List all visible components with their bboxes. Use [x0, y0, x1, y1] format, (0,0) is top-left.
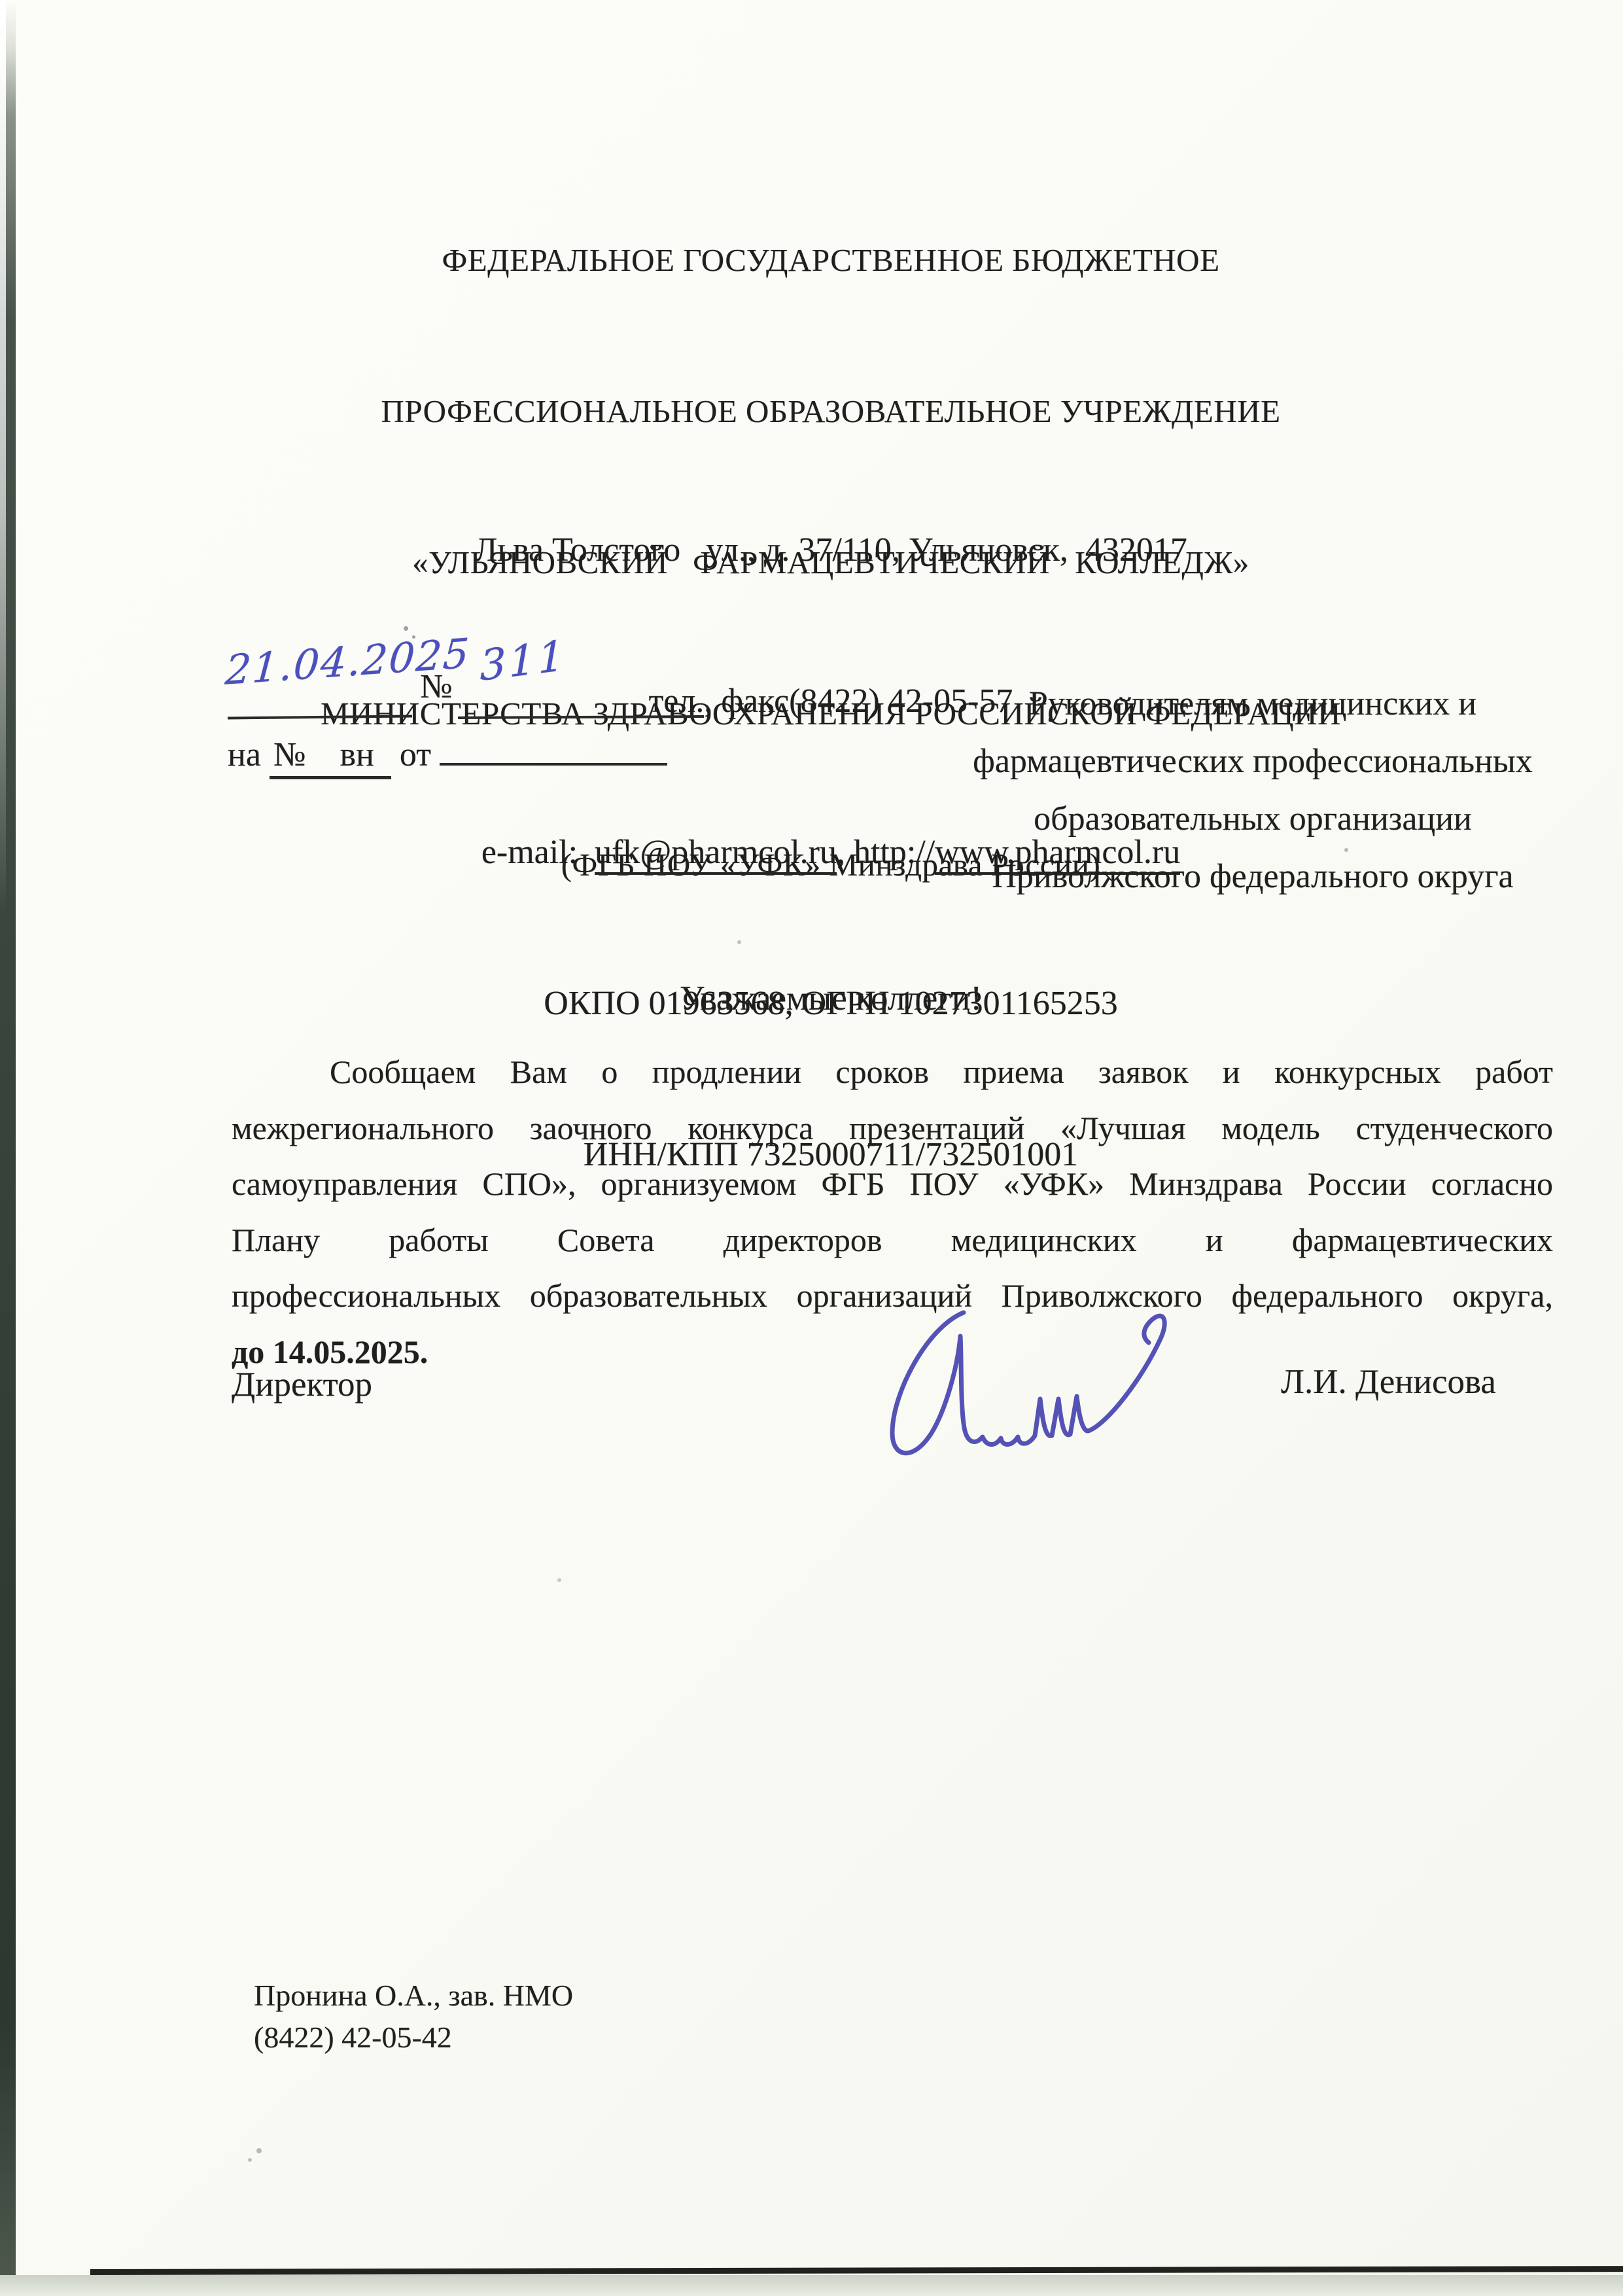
- scan-speck: [248, 2158, 252, 2162]
- reference-block: 21.04.2025 № 311 на № вн от: [228, 656, 725, 771]
- url-separator: , http://: [837, 834, 935, 871]
- scanner-left-edge-highlight: [0, 0, 6, 916]
- email-address: ufk@pharmcol.ru: [595, 834, 837, 875]
- scan-speck: [404, 626, 408, 631]
- scan-speck: [256, 2148, 262, 2153]
- email-label: e-mail:: [481, 834, 595, 871]
- org-line: ФЕДЕРАЛЬНОЕ ГОСУДАРСТВЕННОЕ БЮДЖЕТНОЕ: [65, 235, 1596, 285]
- recipient-line: образовательных организации: [943, 790, 1562, 848]
- salutation: Уважаемые коллеги!: [65, 979, 1596, 1018]
- recipient-line: Приволжского федерального округа: [943, 848, 1562, 906]
- body-line: межрегионального заочного конкурса презе…: [232, 1101, 1553, 1157]
- number-sign: №: [420, 667, 453, 706]
- recipient-block: Руководителям медицинских и фармацевтиче…: [943, 675, 1562, 906]
- body-line: Плану работы Совета директоров медицинск…: [232, 1212, 1553, 1269]
- incoming-prefix: на: [228, 736, 270, 773]
- number-underline: [458, 715, 704, 719]
- executor-name-line: Пронина О.А., зав. НМО: [254, 1975, 573, 2017]
- date-underline: [228, 715, 412, 720]
- body-line: Сообщаем Вам о продлении сроков приема з…: [232, 1044, 1553, 1101]
- incoming-from-label: от: [391, 736, 440, 773]
- recipient-line: Руководителям медицинских и: [943, 675, 1562, 733]
- scan-speck: [557, 1578, 561, 1582]
- recipient-line: фармацевтических профессиональных: [943, 733, 1562, 790]
- executor-block: Пронина О.А., зав. НМО (8422) 42-05-42: [254, 1975, 573, 2058]
- handwritten-signature: [829, 1281, 1209, 1477]
- incoming-reference-row: на № вн от: [228, 729, 725, 774]
- incoming-number-field: № вн: [270, 736, 391, 779]
- scanner-bottom-edge-line: [90, 2266, 1623, 2275]
- executor-phone-line: (8422) 42-05-42: [254, 2017, 573, 2058]
- handwritten-outgoing-number: 311: [480, 631, 567, 691]
- signer-name: Л.И. Денисова: [1281, 1362, 1496, 1402]
- scan-speck: [1344, 848, 1348, 852]
- signer-position-title: Директор: [232, 1365, 372, 1404]
- incoming-date-blank: [440, 729, 667, 766]
- outgoing-date-number-row: 21.04.2025 № 311: [228, 656, 725, 726]
- scan-speck: [412, 635, 415, 639]
- body-line: самоуправления СПО», организуемом ФГБ ПО…: [232, 1156, 1553, 1212]
- scanned-letter-page: ФЕДЕРАЛЬНОЕ ГОСУДАРСТВЕННОЕ БЮДЖЕТНОЕ ПР…: [0, 0, 1623, 2296]
- scanner-bottom-strip: [0, 2275, 1623, 2296]
- scan-speck: [737, 940, 741, 944]
- postal-address: Льва Толстого ул., д. 37/110, Ульяновск,…: [65, 525, 1596, 575]
